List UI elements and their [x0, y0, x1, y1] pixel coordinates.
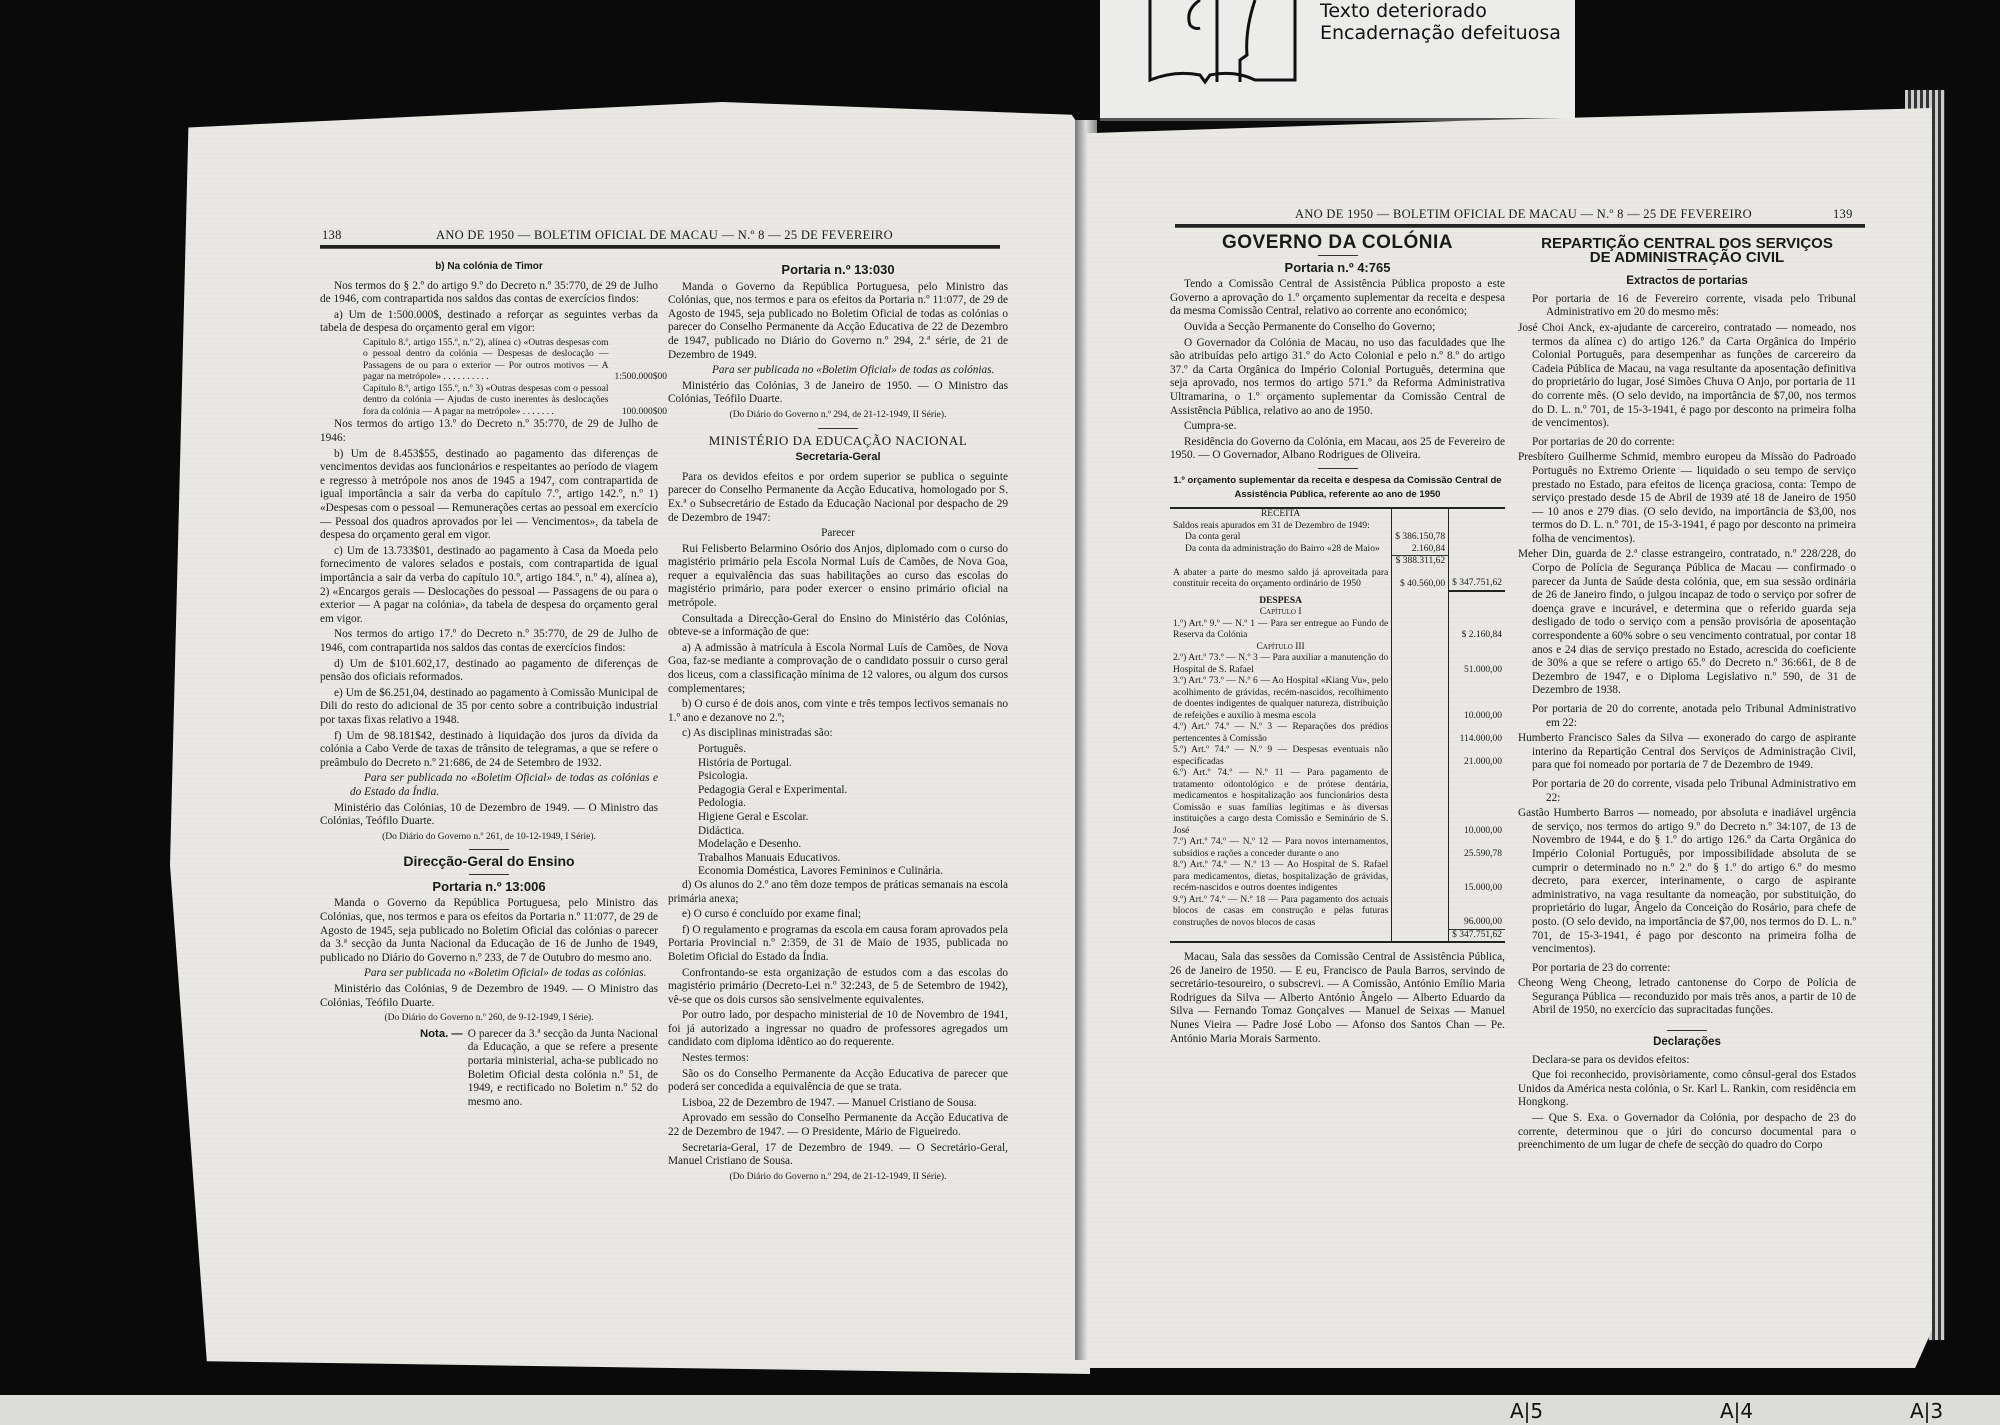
list-item: Higiene Geral e Escolar.: [698, 811, 1008, 825]
list-item: Didáctica.: [698, 825, 1008, 839]
parecer-heading: Parecer: [668, 527, 1008, 541]
paragraph: Nos termos do artigo 13.º do Decreto n.º…: [320, 418, 658, 445]
table-row: Da conta geral$ 386.150,78: [1170, 532, 1505, 544]
budget-item-value: 100.000$00: [611, 384, 670, 419]
paragraph: Confrontando-se esta organização de estu…: [668, 967, 1008, 1008]
receita-heading: RECEITA: [1170, 508, 1392, 521]
nota-text: O parecer da 3.ª secção da Junta Naciona…: [468, 1028, 658, 1110]
paragraph: Por portaria de 23 do corrente:: [1518, 962, 1856, 976]
paragraph: e) O curso é concluído por exame final;: [668, 908, 1008, 922]
paragraph: d) Os alunos do 2.º ano têm doze tempos …: [668, 879, 1008, 906]
table-title: 1.º orçamento suplementar da receita e d…: [1170, 474, 1505, 501]
budget-item-text: Capítulo 8.º, artigo 155.º, n.º 2), alín…: [360, 338, 611, 384]
paragraph: Por outro lado, por despacho ministerial…: [668, 1009, 1008, 1050]
paragraph: O Governador da Colónia de Macau, no uso…: [1170, 337, 1505, 419]
table-row: $ 388.311,62: [1170, 556, 1505, 568]
divider: [1667, 1030, 1707, 1031]
list-item: Português.: [698, 743, 1008, 757]
ministry-heading: MINISTÉRIO DA EDUCAÇÃO NACIONAL: [668, 434, 1008, 448]
chapter-heading: Capítulo I: [1170, 607, 1392, 619]
paragraph: c) As disciplinas ministradas são:: [668, 727, 1008, 741]
budget-item-value: 1:500.000$00: [611, 338, 670, 384]
signature: Ministério das Colónias, 9 de Dezembro d…: [320, 983, 658, 1010]
paragraph: Manda o Governo da República Portuguesa,…: [668, 281, 1008, 363]
paragraph: Nos termos do § 2.º do artigo 9.º do Dec…: [320, 280, 658, 307]
archive-label-card: Texto deteriorado Encadernação defeituos…: [1100, 0, 1575, 121]
left-header-rule: [320, 245, 1000, 249]
paragraph: d) Um de $101.602,17, destinado ao pagam…: [320, 658, 658, 685]
right-column-1: GOVERNO DA COLÓNIA Portaria n.º 4:765 Te…: [1170, 232, 1505, 1048]
paragraph: Que foi reconhecido, provisòriamente, co…: [1518, 1069, 1856, 1110]
divider: [1667, 269, 1707, 270]
paragraph: — Que S. Exa. o Governador da Colónia, p…: [1518, 1112, 1856, 1153]
source-note: (Do Diário do Governo n.º 261, de 10-12-…: [320, 831, 658, 845]
paragraph: Cumpra-se.: [1170, 420, 1505, 434]
label-line-1: Texto deteriorado: [1320, 0, 1561, 22]
left-page-number: 138: [322, 228, 342, 243]
section-heading: Direcção-Geral do Ensino: [320, 855, 658, 869]
signature: Lisboa, 22 de Dezembro de 1947. — Manuel…: [668, 1097, 1008, 1111]
paragraph: Consultada a Direcção-Geral do Ensino do…: [668, 613, 1008, 640]
left-column-2: Portaria n.º 13:030 Manda o Governo da R…: [668, 258, 1008, 1186]
divider: [469, 874, 509, 875]
list-item: História de Portugal.: [698, 757, 1008, 771]
index-mark: A|3: [1910, 1399, 1943, 1423]
table-row: 1.º) Art.º 9.º — N.º 1 — Para ser entreg…: [1170, 619, 1505, 642]
despesa-heading: DESPESA: [1170, 591, 1392, 608]
paragraph: a) A admissão à matrícula à Escola Norma…: [668, 642, 1008, 696]
paragraph: Por portaria de 16 de Fevereiro corrente…: [1518, 293, 1856, 320]
receita-intro: Saldos reais apurados em 31 de Dezembro …: [1170, 521, 1392, 533]
paragraph: f) O regulamento e programas da escola e…: [668, 924, 1008, 965]
table-row: Da conta da administração do Bairro «28 …: [1170, 544, 1505, 556]
paragraph: Nestes termos:: [668, 1052, 1008, 1066]
source-note: (Do Diário do Governo n.º 294, de 21-12-…: [668, 409, 1008, 423]
torn-page-icon: [1145, 0, 1305, 85]
budget-item-text: Capítulo 8.º, artigo 155.º, n.º 3) «Outr…: [360, 384, 611, 419]
list-item: Modelação e Desenho.: [698, 838, 1008, 852]
table-row: A abater a parte do mesmo saldo já aprov…: [1170, 568, 1505, 591]
divider: [469, 849, 509, 850]
section-heading-line-2: DE ADMINISTRAÇÃO CIVIL: [1518, 251, 1856, 265]
section-heading: b) Na colónia de Timor: [320, 260, 658, 274]
subheading: Extractos de portarias: [1518, 275, 1856, 289]
nota-block: Nota. — O parecer da 3.ª secção da Junta…: [420, 1028, 658, 1110]
list-item: Pedologia.: [698, 797, 1008, 811]
table-row: 2.º) Art.º 73.º — N.º 3 — Para auxiliar …: [1170, 653, 1505, 676]
paragraph: Por portaria de 20 do corrente, anotada …: [1518, 703, 1856, 730]
paragraph: Ouvida a Secção Permanente do Conselho d…: [1170, 321, 1505, 335]
table-row: 5.º) Art.º 74.º — N.º 9 — Despesas event…: [1170, 745, 1505, 768]
paragraph: Rui Felisberto Belarmino Osório dos Anjo…: [668, 543, 1008, 611]
paragraph: São os do Conselho Permanente da Acção E…: [668, 1068, 1008, 1095]
chapter-heading: Capítulo III: [1170, 642, 1392, 654]
right-column-2: REPARTIÇÃO CENTRAL DOS SERVIÇOS DE ADMIN…: [1518, 232, 1856, 1155]
budget-table: RECEITA Saldos reais apurados em 31 de D…: [1170, 507, 1505, 943]
divider: [1318, 468, 1358, 469]
table-row: 8.º) Art.º 74.º — N.º 13 — Ao Hospital d…: [1170, 860, 1505, 895]
list-item: Economia Doméstica, Lavores Femininos e …: [698, 865, 1008, 879]
paragraph: a) Um de 1:500.000$, destinado a reforça…: [320, 309, 658, 336]
entry: Gastão Humberto Barros — nomeado, por ab…: [1518, 807, 1856, 957]
signature: Secretaria-Geral, 17 de Dezembro de 1949…: [668, 1142, 1008, 1169]
source-note: (Do Diário do Governo n.º 260, de 9-12-1…: [320, 1012, 658, 1026]
right-running-head: ANO DE 1950 — BOLETIM OFICIAL DE MACAU —…: [1295, 207, 1752, 222]
divider: [1318, 255, 1358, 256]
despesa-total: $ 347.751,62: [1449, 929, 1505, 942]
publication-note: Para ser publicada no «Boletim Oficial» …: [698, 364, 1008, 378]
right-header-rule: [1175, 224, 1865, 228]
paragraph: Por portarias de 20 do corrente:: [1518, 436, 1856, 450]
list-item: Trabalhos Manuais Educativos.: [698, 852, 1008, 866]
paragraph: Por portaria de 20 do corrente, visada p…: [1518, 778, 1856, 805]
bottom-strip: A|5 A|4 A|3: [0, 1395, 2000, 1425]
paragraph: Declara-se para os devidos efeitos:: [1518, 1054, 1856, 1068]
table-row: 9.º) Art.º 74.º — N.º 18 — Para pagament…: [1170, 895, 1505, 930]
paragraph: Aprovado em sessão do Conselho Permanent…: [668, 1112, 1008, 1139]
divider: [818, 428, 858, 429]
signature: Ministério das Colónias, 3 de Janeiro de…: [668, 380, 1008, 407]
paragraph: Manda o Governo da República Portuguesa,…: [320, 897, 658, 965]
entry: Cheong Weng Cheong, letrado cantonense d…: [1518, 977, 1856, 1018]
index-mark: A|4: [1720, 1399, 1753, 1423]
portaria-heading: Portaria n.º 13:006: [320, 880, 658, 894]
entry: Presbítero Guilherme Schmid, membro euro…: [1518, 451, 1856, 546]
paragraph: Nos termos do artigo 17.º do Decreto n.º…: [320, 628, 658, 655]
paragraph: Tendo a Comissão Central de Assistência …: [1170, 278, 1505, 319]
nota-label: Nota. —: [420, 1028, 463, 1110]
publication-note: Para ser publicada no «Boletim Oficial» …: [350, 772, 658, 799]
table-row: 4.º) Art.º 74.º — N.º 3 — Reparações dos…: [1170, 722, 1505, 745]
portaria-heading: Portaria n.º 13:030: [668, 263, 1008, 277]
table-row: 6.º) Art.º 74.º — N.º 11 — Para pagament…: [1170, 768, 1505, 837]
left-column-1: b) Na colónia de Timor Nos termos do § 2…: [320, 258, 658, 1109]
paragraph: b) Um de 8.453$55, destinado ao pagament…: [320, 448, 658, 543]
entry: Meher Din, guarda de 2.ª classe estrange…: [1518, 548, 1856, 698]
entry: José Choi Anck, ex-ajudante de carcereir…: [1518, 322, 1856, 431]
list-item: Pedagogia Geral e Experimental.: [698, 784, 1008, 798]
paragraph: Para os devidos efeitos e por ordem supe…: [668, 471, 1008, 525]
signature: Residência do Governo da Colónia, em Mac…: [1170, 436, 1505, 463]
paragraph: f) Um de 98.181$42, destinado à liquidaç…: [320, 730, 658, 771]
entry: Humberto Francisco Sales da Silva — exon…: [1518, 732, 1856, 773]
budget-items: Capítulo 8.º, artigo 155.º, n.º 2), alín…: [360, 338, 670, 419]
subheading: Secretaria-Geral: [668, 451, 1008, 465]
label-line-2: Encadernação defeituosa: [1320, 22, 1561, 44]
paragraph: c) Um de 13.733$01, destinado ao pagamen…: [320, 545, 658, 627]
paragraph: e) Um de $6.251,04, destinado ao pagamen…: [320, 687, 658, 728]
declaracoes-heading: Declarações: [1518, 1036, 1856, 1050]
portaria-heading: Portaria n.º 4:765: [1170, 261, 1505, 275]
paragraph: b) O curso é de dois anos, com vinte e t…: [668, 698, 1008, 725]
closing-paragraph: Macau, Sala das sessões da Comissão Cent…: [1170, 951, 1505, 1046]
signature: Ministério das Colónias, 10 de Dezembro …: [320, 802, 658, 829]
list-item: Psicologia.: [698, 770, 1008, 784]
disciplines-list: Português. História de Portugal. Psicolo…: [698, 743, 1008, 879]
section-heading: GOVERNO DA COLÓNIA: [1170, 236, 1505, 250]
publication-note: Para ser publicada no «Boletim Oficial» …: [350, 967, 658, 981]
right-page-number: 139: [1833, 207, 1853, 222]
source-note: (Do Diário do Governo n.º 294, de 21-12-…: [668, 1171, 1008, 1185]
left-running-head: ANO DE 1950 — BOLETIM OFICIAL DE MACAU —…: [436, 228, 893, 243]
table-row: 3.º) Art.º 73.º — N.º 6 — Ao Hospital «K…: [1170, 676, 1505, 722]
table-row: 7.º) Art.º 74.º — N.º 12 — Para novos in…: [1170, 837, 1505, 860]
index-mark: A|5: [1510, 1399, 1543, 1423]
